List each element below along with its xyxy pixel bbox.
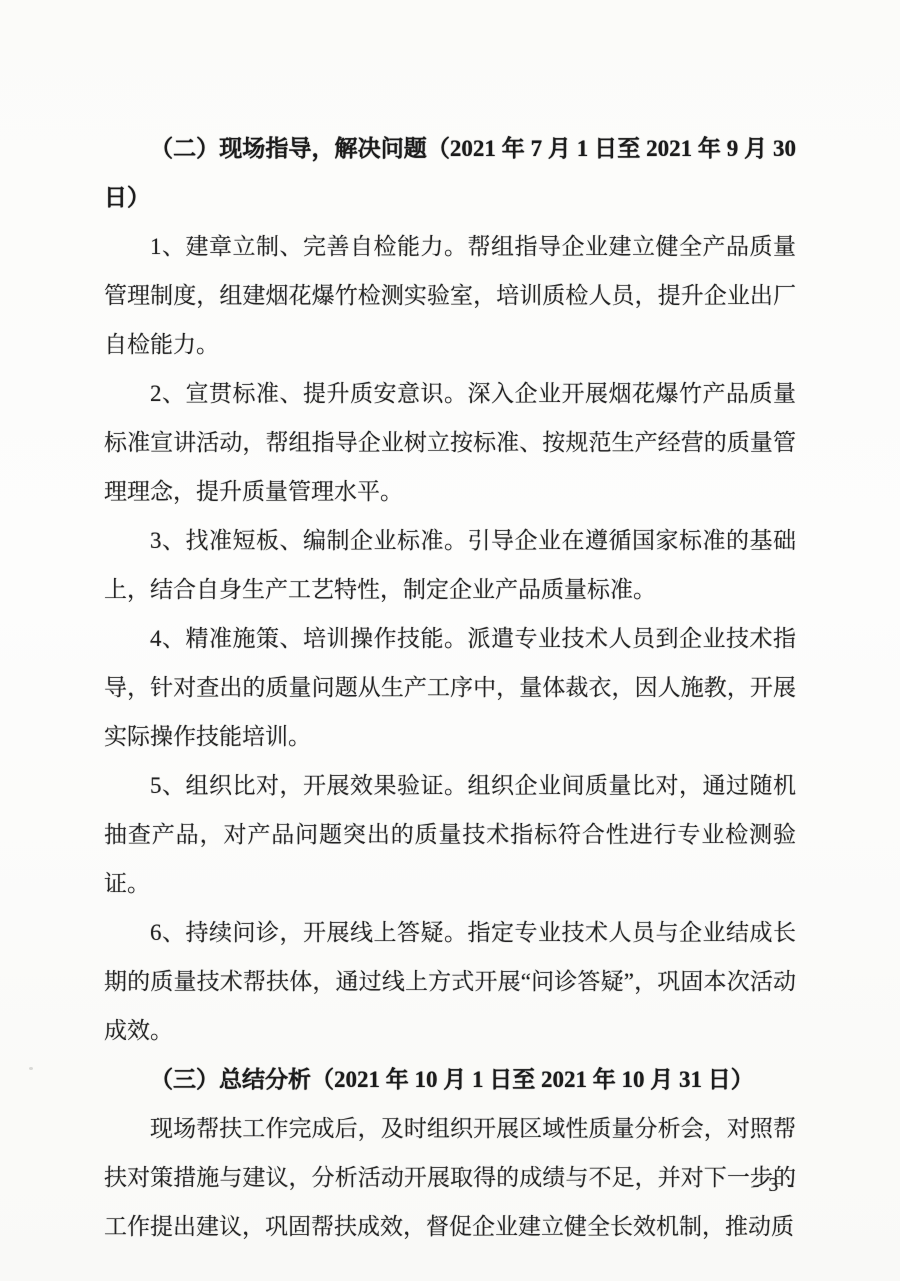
paragraph-item-3-enterprise-standards: 3、找准短板、编制企业标准。引导企业在遵循国家标准的基础上，结合自身生产工艺特性… bbox=[104, 516, 796, 614]
paragraph-item-1-self-inspection: 1、建章立制、完善自检能力。帮组指导企业建立健全产品质量管理制度，组建烟花爆竹检… bbox=[104, 222, 796, 369]
section-heading-onsite-guidance: （二）现场指导，解决问题（2021 年 7 月 1 日至 2021 年 9 月 … bbox=[104, 124, 796, 222]
section-heading-summary-analysis: （三）总结分析（2021 年 10 月 1 日至 2021 年 10 月 31 … bbox=[104, 1055, 796, 1104]
paragraph-item-2-standards-awareness: 2、宣贯标准、提升质安意识。深入企业开展烟花爆竹产品质量标准宣讲活动，帮组指导企… bbox=[104, 369, 796, 516]
paragraph-item-4-skills-training: 4、精准施策、培训操作技能。派遣专业技术人员到企业技术指导，针对查出的质量问题从… bbox=[104, 614, 796, 761]
paragraph-item-6-online-consultation: 6、持续问诊，开展线上答疑。指定专业技术人员与企业结成长期的质量技术帮扶体，通过… bbox=[104, 908, 796, 1055]
page-number: - 3 - bbox=[753, 1172, 796, 1198]
scanned-document-page: （二）现场指导，解决问题（2021 年 7 月 1 日至 2021 年 9 月 … bbox=[0, 0, 900, 1281]
scan-speck bbox=[624, 1223, 627, 1226]
paragraph-summary-analysis-body: 现场帮扶工作完成后，及时组织开展区域性质量分析会，对照帮扶对策措施与建议，分析活… bbox=[104, 1104, 796, 1251]
scan-speck bbox=[29, 1067, 33, 1070]
document-body: （二）现场指导，解决问题（2021 年 7 月 1 日至 2021 年 9 月 … bbox=[104, 124, 796, 1251]
paragraph-item-5-comparison-verification: 5、组织比对，开展效果验证。组织企业间质量比对，通过随机抽查产品，对产品问题突出… bbox=[104, 761, 796, 908]
